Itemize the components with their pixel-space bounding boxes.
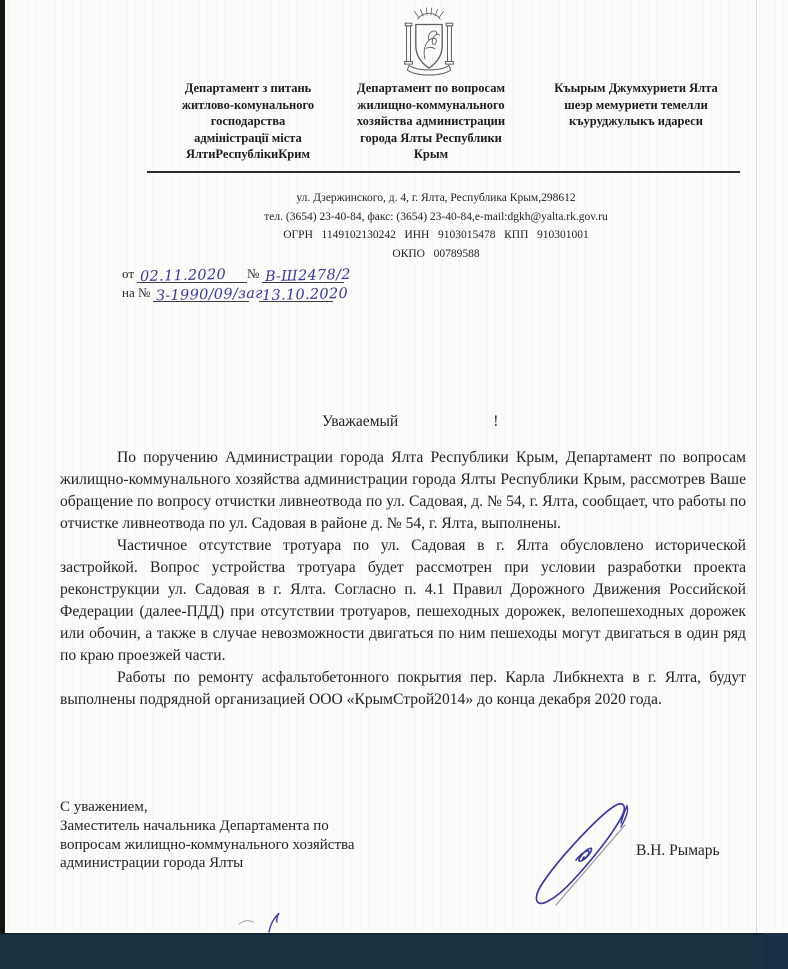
signature-block: С уважением, Заместитель начальника Депа… [60,798,355,873]
letterhead-line: Департамент по вопросам [345,80,517,97]
signer-position-line: вопросам жилищно-коммунального хозяйства [60,836,355,855]
letterhead-line: господарства [158,113,338,130]
incoming-reference-row: на № З-1990/09/заг 13.10.2020 [122,283,344,302]
contact-address: ул. Дзержинского, д. 4, г. Ялта, Республ… [130,189,742,208]
letterhead-line: шеэр мемуриети темелли [522,97,750,114]
scanned-letter-page: Департамент з питань житлово-комунальног… [0,0,788,969]
letterhead-line: адміністрації міста [158,130,338,147]
reply-to-label: на № [122,285,150,302]
letterhead-line: Крым [345,146,517,163]
handwritten-outgoing-number: В-Ш2478/2 [265,267,351,285]
scan-left-edge [0,0,5,933]
redacted-name-gap [398,413,493,431]
greeting-line: Уважаемый ! [322,413,498,431]
body-paragraph: Частичное отсутствие тротуара по ул. Сад… [60,535,746,667]
scan-bottom-edge [0,933,788,969]
letterhead-line: ЯлтиРеспублікиКрим [158,146,338,163]
letterhead-line: Къырым Джумхуриети Ялта [522,80,750,97]
outgoing-number-field: В-Ш2478/2 [262,266,344,283]
letterhead-russian-column: Департамент по вопросам жилищно-коммунал… [345,80,517,163]
letter-body: По поручению Администрации города Ялта Р… [60,447,746,711]
from-label: от [122,266,134,283]
signer-position-line: администрации города Ялты [60,854,355,873]
outgoing-reference-row: от 02.11.2020 № В-Ш2478/2 [122,264,344,283]
signer-name: В.Н. Рымарь [636,842,751,860]
contact-phone-email: тел. (3654) 23-40-84, факс: (3654) 23-40… [130,208,742,227]
handwritten-incoming-number: З-1990/09/заг [156,286,263,305]
letterhead-ukrainian-column: Департамент з питань житлово-комунальног… [158,80,338,163]
scan-fold-line [756,0,757,933]
letterhead-line: Департамент з питань [158,80,338,97]
letterhead-line: житлово-комунального [158,97,338,114]
contact-okpo: ОКПО 00789588 [130,245,742,264]
handwritten-incoming-date: 13.10.2020 [262,286,348,304]
incoming-date-field: 13.10.2020 [259,285,333,302]
crimea-coat-of-arms-icon [396,7,462,77]
scan-bottom-edge-right [764,933,788,969]
letterhead-divider [147,171,740,173]
letterhead-line: къуруджулыкъ идареси [522,113,750,130]
handwritten-outgoing-date: 02.11.2020 [140,267,226,285]
body-paragraph: По поручению Администрации города Ялта Р… [60,447,746,535]
greeting-exclamation: ! [493,413,498,431]
salutation-text: Уважаемый [322,413,398,431]
letterhead-crimean-tatar-column: Къырым Джумхуриети Ялта шеэр мемуриети т… [522,80,750,130]
letterhead-line: жилищно-коммунального [345,97,517,114]
contact-block: ул. Дзержинского, д. 4, г. Ялта, Республ… [130,189,742,263]
outgoing-date-field: 02.11.2020 [137,266,247,283]
stray-pen-mark [233,908,288,933]
number-label: № [247,266,259,283]
incoming-number-field: З-1990/09/заг [153,285,249,302]
signer-position-line: Заместитель начальника Департамента по [60,817,355,836]
body-paragraph: Работы по ремонту асфальтобетонного покр… [60,667,746,711]
signature-ink [528,793,638,908]
reference-block: от 02.11.2020 № В-Ш2478/2 на № З-1990/09… [122,264,344,302]
closing-line: С уважением, [60,798,355,817]
letterhead-line: города Ялты Республики [345,130,517,147]
contact-registration-numbers: ОГРН 1149102130242 ИНН 9103015478 КПП 91… [130,226,742,245]
letterhead-line: хозяйства администрации [345,113,517,130]
